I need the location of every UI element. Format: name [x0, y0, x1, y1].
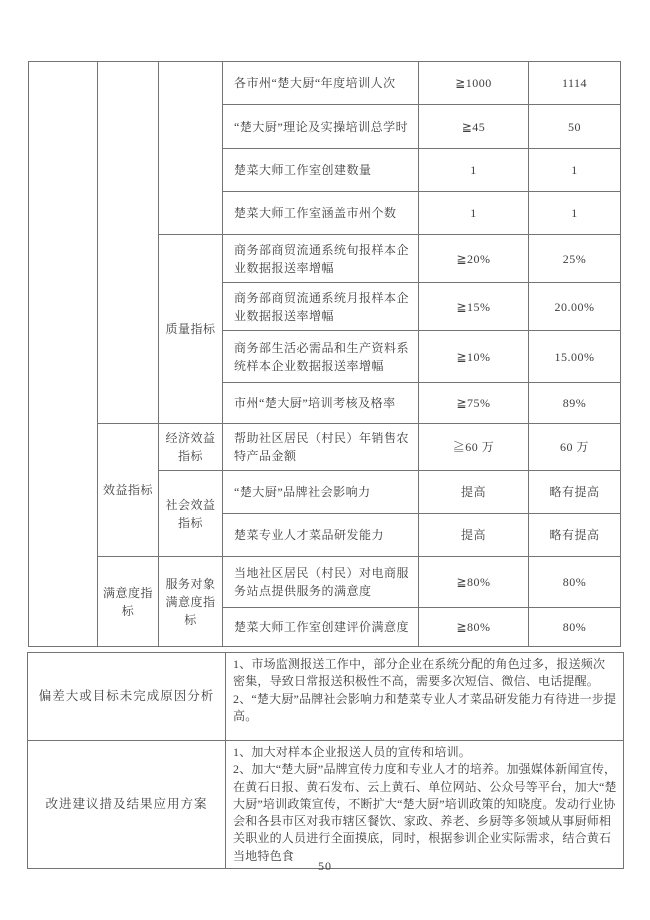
level2-cell-empty	[159, 62, 223, 235]
indicator-target: 1	[419, 192, 529, 235]
indicator-actual: 60 万	[529, 424, 621, 471]
table-row: 改进建议措及结果应用方案 1、加大对样本企业报送人员的宣传和培训。 2、加大“楚…	[28, 741, 624, 869]
indicator-actual: 略有提高	[529, 514, 621, 557]
indicator-target: ≧1000	[419, 62, 529, 105]
category-cell-empty	[29, 62, 98, 647]
table-row: 各市州“楚大厨“年度培训人次 ≧1000 1114	[29, 62, 621, 105]
indicator-target: 提高	[419, 514, 529, 557]
indicator-name: “楚大厨”理论及实操培训总学时	[223, 105, 419, 149]
indicator-target: 1	[419, 149, 529, 192]
analysis-row-content: 1、市场监测报送工作中，部分企业在系统分配的角色过多，报送频次密集，导致日常报送…	[226, 653, 624, 741]
indicator-name: 市州“楚大厨”培训考核及格率	[223, 383, 419, 424]
indicator-actual: 20.00%	[529, 283, 621, 331]
level2-label-service-satisfaction: 服务对象满意度指标	[159, 557, 223, 647]
indicator-target: 提高	[419, 471, 529, 514]
page-number: 50	[0, 859, 650, 874]
table-row: 满意度指标 服务对象满意度指标 当地社区居民（村民）对电商服务站点提供服务的满意…	[29, 557, 621, 608]
indicator-name: 楚菜大师工作室涵盖市州个数	[223, 192, 419, 235]
level1-label-satisfaction: 满意度指标	[98, 557, 159, 647]
indicator-name: 当地社区居民（村民）对电商服务站点提供服务的满意度	[223, 557, 419, 608]
table-row: 效益指标 经济效益指标 帮助社区居民（村民）年销售农特产品金额 ≧60 万 60…	[29, 424, 621, 471]
indicator-name: 商务部商贸流通系统旬报样本企业数据报送率增幅	[223, 235, 419, 283]
analysis-table: 偏差大或目标未完成原因分析 1、市场监测报送工作中，部分企业在系统分配的角色过多…	[27, 652, 624, 869]
indicator-actual: 15.00%	[529, 331, 621, 383]
indicator-name: 楚菜专业人才菜品研发能力	[223, 514, 419, 557]
analysis-row-label: 偏差大或目标未完成原因分析	[28, 653, 226, 741]
indicator-actual: 89%	[529, 383, 621, 424]
indicator-actual: 50	[529, 105, 621, 149]
indicator-name: 各市州“楚大厨“年度培训人次	[223, 62, 419, 105]
indicator-actual: 1	[529, 192, 621, 235]
level1-label-benefit: 效益指标	[98, 424, 159, 557]
indicator-name: 帮助社区居民（村民）年销售农特产品金额	[223, 424, 419, 471]
analysis-row-label: 改进建议措及结果应用方案	[28, 741, 226, 869]
indicator-actual: 80%	[529, 608, 621, 647]
indicator-name: 楚菜大师工作室创建评价满意度	[223, 608, 419, 647]
indicator-target: ≧80%	[419, 557, 529, 608]
indicator-name: 楚菜大师工作室创建数量	[223, 149, 419, 192]
indicator-actual: 1	[529, 149, 621, 192]
indicator-target: ≧45	[419, 105, 529, 149]
indicator-name: “楚大厨”品牌社会影响力	[223, 471, 419, 514]
indicator-actual: 略有提高	[529, 471, 621, 514]
indicator-name: 商务部商贸流通系统月报样本企业数据报送率增幅	[223, 283, 419, 331]
indicator-actual: 1114	[529, 62, 621, 105]
level1-cell-empty	[98, 62, 159, 424]
indicator-table: 各市州“楚大厨“年度培训人次 ≧1000 1114 “楚大厨”理论及实操培训总学…	[28, 61, 621, 647]
indicator-target: ≧60 万	[419, 424, 529, 471]
level2-label-quality: 质量指标	[159, 235, 223, 424]
indicator-target: ≧75%	[419, 383, 529, 424]
indicator-target: ≧15%	[419, 283, 529, 331]
indicator-target: ≧10%	[419, 331, 529, 383]
table-row: 偏差大或目标未完成原因分析 1、市场监测报送工作中，部分企业在系统分配的角色过多…	[28, 653, 624, 741]
indicator-target: ≧20%	[419, 235, 529, 283]
indicator-actual: 80%	[529, 557, 621, 608]
indicator-target: ≧80%	[419, 608, 529, 647]
analysis-row-content: 1、加大对样本企业报送人员的宣传和培训。 2、加大“楚大厨”品牌宣传力度和专业人…	[226, 741, 624, 869]
level2-label-social: 社会效益指标	[159, 471, 223, 557]
indicator-name: 商务部生活必需品和生产资料系统样本企业数据报送率增幅	[223, 331, 419, 383]
level2-label-economic: 经济效益指标	[159, 424, 223, 471]
indicator-actual: 25%	[529, 235, 621, 283]
document-page: 各市州“楚大厨“年度培训人次 ≧1000 1114 “楚大厨”理论及实操培训总学…	[0, 0, 650, 920]
